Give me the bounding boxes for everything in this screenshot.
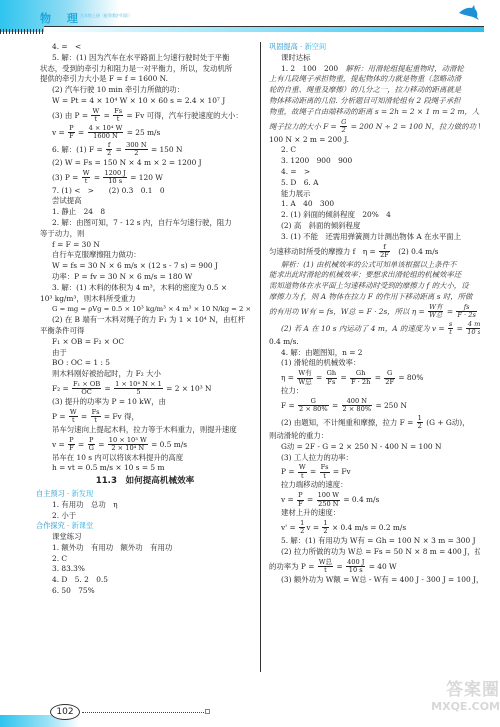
answer-line: 3. 83.3% bbox=[40, 564, 250, 575]
answer-line: (2) 拉力所做的功为 W总 = Fs = 50 N × 8 m = 400 J… bbox=[269, 547, 480, 558]
answer-line: 1. 静止 24 8 bbox=[40, 207, 250, 218]
watermark-logo-text: 答案圈 bbox=[420, 680, 500, 700]
fraction: Fst bbox=[320, 464, 330, 480]
fraction: 100 W250 N bbox=[317, 492, 340, 508]
book-subtitle: 九年级上册（配粤教沪科版） bbox=[80, 13, 132, 19]
answer-line: 吊车匀速向上提起木料，拉力等于木料重力，则提升速度 bbox=[40, 425, 250, 436]
section-heading: 11.3 如何提高机械效率 bbox=[40, 476, 250, 487]
fraction: Fst bbox=[91, 409, 101, 425]
formula-line: 6. 解：(1) F = f2 = 300 N2 = 150 N bbox=[40, 141, 250, 158]
answer-line: W = fs = 30 N × 6 m/s × (12 s - 7 s) = 9… bbox=[40, 261, 250, 272]
section-label-consolidate: 巩固提高 · 新空间 bbox=[269, 42, 480, 53]
fraction: W有W总 bbox=[297, 370, 312, 386]
analysis-line: 解析：(1) 由机械效率的公式可知单该根据以上条件不 bbox=[269, 260, 480, 271]
analysis-line: 上有几段绳子承担物重，提起物体的力就是物重（忽略动滑 bbox=[269, 74, 480, 85]
analysis-line: 能求出此时滑轮的机械效率；要想求出滑轮组的机械效率还 bbox=[269, 270, 480, 281]
fraction: W总t bbox=[318, 559, 333, 575]
formula-line: 匀速移动时所受的摩擦力 f η = f2F (2) 0.4 m/s bbox=[269, 243, 480, 260]
formula-line: (3) 由 P = Wt = Fst = Fv 可得，汽车行驶速度的大小： bbox=[40, 107, 250, 124]
fraction: GhFs bbox=[326, 370, 338, 386]
answer-line: 拉力： bbox=[269, 386, 480, 397]
fraction: 10 × 10³ W2 × 10⁴ N bbox=[108, 437, 148, 453]
fraction: f2F bbox=[379, 244, 390, 260]
fraction: G2 × 80% bbox=[298, 398, 329, 414]
answer-line: (2) 在 B 端有一木料对绳子的力 F₁ 为 1 × 10⁴ N，由杠杆 bbox=[40, 315, 250, 326]
formula-line: v = PF = 100 W250 N = 0.4 m/s bbox=[269, 491, 480, 508]
answer-line: 状态，受到的牵引力和阻力是一对平衡力，所以，发动机所 bbox=[40, 64, 250, 75]
answer-line: 3. (1) 不能 还需用弹簧测力计测出物体 A 在水平面上 bbox=[269, 232, 480, 243]
fraction: PF bbox=[68, 437, 75, 453]
answer-line: 10³ kg/m³，则木料所受重力 bbox=[40, 294, 250, 305]
answer-line: W = Pt = 4 × 10⁴ W × 10 × 60 s = 2.4 × 1… bbox=[40, 96, 250, 107]
fraction: G2 bbox=[340, 119, 347, 135]
answer-line: 2. 解：由图可知，7 - 12 s 内，自行车匀速行驶，阻力 bbox=[40, 218, 250, 229]
answer-line: 3. 解：(1) 木料的体积为 4 m³，木料的密度为 0.5 × bbox=[40, 283, 250, 294]
formula-line: (3) P = Wt = 1200 J10 s = 120 W bbox=[40, 169, 250, 186]
answer-line: BO : OC = 1 : 5 bbox=[40, 358, 250, 369]
answer-line: (2) 高 斜面的倾斜程度 bbox=[269, 221, 480, 232]
header-tick-marks bbox=[0, 29, 44, 34]
answer-line: (3) 提升的功率为 P = 10 kW，由 bbox=[40, 397, 250, 408]
answer-line: 0.4 m/s. bbox=[269, 337, 480, 348]
answer-line: 100 N × 2 m = 200 J. bbox=[269, 135, 480, 146]
answer-line: 1. 额外功 有用功 额外功 有用功 bbox=[40, 543, 250, 554]
subject-title: 物 理 bbox=[40, 10, 84, 26]
formula-line: v = PF = 4 × 10⁴ W1600 N = 25 m/s bbox=[40, 124, 250, 141]
answer-line: f = F = 30 N bbox=[40, 240, 250, 251]
formula-line: F₂ = F₁ × OBOC = 1 × 10⁴ N × 15 = 2 × 10… bbox=[40, 380, 250, 397]
header-rule bbox=[44, 26, 484, 32]
analysis-line: 需知道物体在水平面上匀速移动时受到的摩擦力 f 的大小，设 bbox=[269, 281, 480, 292]
answer-line: 5. 解：(1) 有用功为 W有 = Gh = 100 N × 3 m = 30… bbox=[269, 536, 480, 547]
answer-line: 1. 有用功 总功 η bbox=[40, 500, 250, 511]
fraction: 1200 J10 s bbox=[103, 170, 127, 186]
answer-line: 平衡条件可得 bbox=[40, 326, 250, 337]
formula-line: v = PF = PG = 10 × 10³ W2 × 10⁴ N = 0.5 … bbox=[40, 436, 250, 453]
formula-line: v' = 12v = 12 × 0.4 m/s = 0.2 m/s bbox=[269, 519, 480, 536]
formula-line: η = W有W总 = GhFs = GhF · 2h = G2F = 80% bbox=[269, 369, 480, 386]
analysis-line: 摩擦力为 f，则 A 物体在拉力 F 的作用下移动距离 s 时，所做 bbox=[269, 292, 480, 303]
formula-line: P = Wt = Fst = Fv bbox=[269, 463, 480, 480]
answer-line: 提供的牵引力大小是 F = f = 1600 N. bbox=[40, 74, 250, 85]
right-column: 巩固提高 · 新空间 课时达标 1. 2 100 200 解析：用滑轮组提起重物… bbox=[260, 42, 480, 672]
answer-line: 5. D 6. A bbox=[269, 178, 480, 189]
answer-line: (1) 滑轮组的机械效率： bbox=[269, 358, 480, 369]
fraction: PF bbox=[68, 125, 75, 141]
fraction: fsF · 2s bbox=[456, 304, 476, 320]
answer-line: 7. (1) < > (2) 0.3 0.1 0 bbox=[40, 186, 250, 197]
fraction: F₁ × OBOC bbox=[72, 381, 101, 397]
answer-line: 由于 bbox=[40, 348, 250, 359]
page-number: 102 bbox=[50, 704, 80, 720]
fraction: 400 N2 × 80% bbox=[342, 398, 373, 414]
answer-line: 1. A 40 300 bbox=[269, 199, 480, 210]
answer-line: 4. = > bbox=[269, 167, 480, 178]
footer-square-marker bbox=[205, 709, 210, 714]
answer-line: 4. = < bbox=[40, 42, 250, 53]
answer-line: 等于动力，则 bbox=[40, 229, 250, 240]
answer-line: (3) 工人拉力的功率： bbox=[269, 453, 480, 464]
fraction: GhF · 2h bbox=[350, 370, 371, 386]
formula-line: (2) 由题知，不计绳重和摩擦，拉力 F = 12 (G + G动)， bbox=[269, 414, 480, 431]
fraction: 1 × 10⁴ N × 15 bbox=[114, 381, 163, 397]
answer-line: 拉力端移动的速度： bbox=[269, 480, 480, 491]
answer-line: G = mg = ρVg = 0.5 × 10³ kg/m³ × 4 m³ × … bbox=[40, 304, 250, 315]
fraction: Wt bbox=[298, 464, 307, 480]
left-column: 4. = < 5. 解：(1) 因为汽车在水平路面上匀速行驶时处于平衡 状态，受… bbox=[40, 42, 250, 597]
fraction: st bbox=[448, 321, 453, 337]
answer-line: (2) 汽车行驶 10 min 牵引力所做的功： bbox=[40, 85, 250, 96]
footer-dotted-rule bbox=[82, 712, 206, 713]
page-header: 物 理 九年级上册（配粤教沪科版） bbox=[0, 0, 500, 36]
answer-line: 2. (1) 斜面的倾斜程度 20% 4 bbox=[269, 210, 480, 221]
fraction: Fst bbox=[113, 108, 123, 124]
answer-line: 2. C bbox=[40, 554, 250, 565]
fraction: f2 bbox=[106, 142, 112, 158]
answer-line: (2) W = Fs = 150 N × 4 m × 2 = 1200 J bbox=[40, 158, 250, 169]
formula-line: 绳子拉力的大小 F = G2 = 200 N ÷ 2 = 100 N，拉力做的功… bbox=[269, 118, 480, 135]
dolphin-logo-icon bbox=[458, 5, 480, 21]
answer-line: 功率：P = fv = 30 N × 6 m/s = 180 W bbox=[40, 272, 250, 283]
fraction: 300 N2 bbox=[125, 142, 147, 158]
answer-line: 则木料刚好被抬起时，力 F₂ 大小 bbox=[40, 369, 250, 380]
subsection-label: 尝试提高 bbox=[40, 196, 250, 207]
fraction: PG bbox=[88, 437, 95, 453]
watermark: 答案圈 MXQE.COM bbox=[420, 680, 500, 727]
answer-line: 则动滑轮的重力： bbox=[269, 431, 480, 442]
answer-line: 吊车在 10 s 内可以将该木料提升的高度 bbox=[40, 453, 250, 464]
fraction: 4 × 10⁴ W1600 N bbox=[88, 125, 124, 141]
formula-line: (2) 若 A 在 10 s 内运动了 4 m，A 的速度为 v = st = … bbox=[269, 320, 480, 337]
answer-line: (3) 额外功为 W额 = W总 - W有 = 400 J - 300 J = … bbox=[269, 575, 480, 586]
answer-line: 6. 50 75% bbox=[40, 586, 250, 597]
fraction: 12 bbox=[299, 520, 305, 536]
fraction: Wt bbox=[82, 170, 91, 186]
subsection-label: 能力展示 bbox=[269, 189, 480, 200]
formula-line: F = G2 × 80% = 400 N2 × 80% = 250 N bbox=[269, 397, 480, 414]
subsection-label: 课时达标 bbox=[269, 53, 480, 64]
section-label-explore: 合作探究 · 新课堂 bbox=[36, 521, 250, 532]
answer-line: 建材上升的速度： bbox=[269, 508, 480, 519]
answer-line: h = vt = 0.5 m/s × 10 s = 5 m bbox=[40, 463, 250, 474]
fraction: G2F bbox=[384, 370, 395, 386]
analysis-line: 物体移动距离的几倍. 分析题目可知滑轮组有 2 段绳子承担 bbox=[269, 96, 480, 107]
answer-line: F₁ × OB = F₂ × OC bbox=[40, 337, 250, 348]
answer-line: 自行车克服摩擦阻力做功： bbox=[40, 250, 250, 261]
answer-line: 3. 1200 900 900 bbox=[269, 156, 480, 167]
section-label-preview: 自主预习 · 新发现 bbox=[36, 489, 250, 500]
subsection-label: 课堂练习 bbox=[40, 532, 250, 543]
fraction: Wt bbox=[91, 108, 100, 124]
fraction: Wt bbox=[69, 409, 78, 425]
answer-line: 1. 2 100 200 解析：用滑轮组提起重物时，动滑轮 bbox=[269, 64, 480, 75]
fraction: W有W总 bbox=[428, 304, 443, 320]
answer-line: 2. 小于 bbox=[40, 511, 250, 522]
fraction: 4 m10 s bbox=[466, 321, 480, 337]
answer-line: 5. 解：(1) 因为汽车在水平路面上匀速行驶时处于平衡 bbox=[40, 53, 250, 64]
answer-line: G动 = 2F - G = 2 × 250 N - 400 N = 100 N bbox=[269, 442, 480, 453]
analysis-line: 轮的自重、绳重及摩擦）的几分之一，拉力移动的距离就是 bbox=[269, 85, 480, 96]
fraction: 400 J10 s bbox=[346, 559, 365, 575]
fraction: 12 bbox=[322, 520, 328, 536]
fraction: 12 bbox=[417, 415, 423, 431]
answer-line: 2. C bbox=[269, 145, 480, 156]
formula-line: P = Wt = Fst = Fv 得， bbox=[40, 408, 250, 425]
fraction: PF bbox=[297, 492, 304, 508]
watermark-url: MXQE.COM bbox=[420, 700, 500, 714]
analysis-line: 物重，故绳子自由端移动的距离 s = 2h = 2 × 1 m = 2 m，人对 bbox=[269, 107, 480, 118]
formula-line: 的有用功 W有 = fs，W总 = F · 2s，所以 η = W有W总 = f… bbox=[269, 303, 480, 320]
formula-line: 的功率为 P = W总t = 400 J10 s = 40 W bbox=[269, 558, 480, 575]
answer-line: 4. 解：由题图知，n = 2 bbox=[269, 348, 480, 359]
answer-line: 4. D 5. 2 0.5 bbox=[40, 575, 250, 586]
